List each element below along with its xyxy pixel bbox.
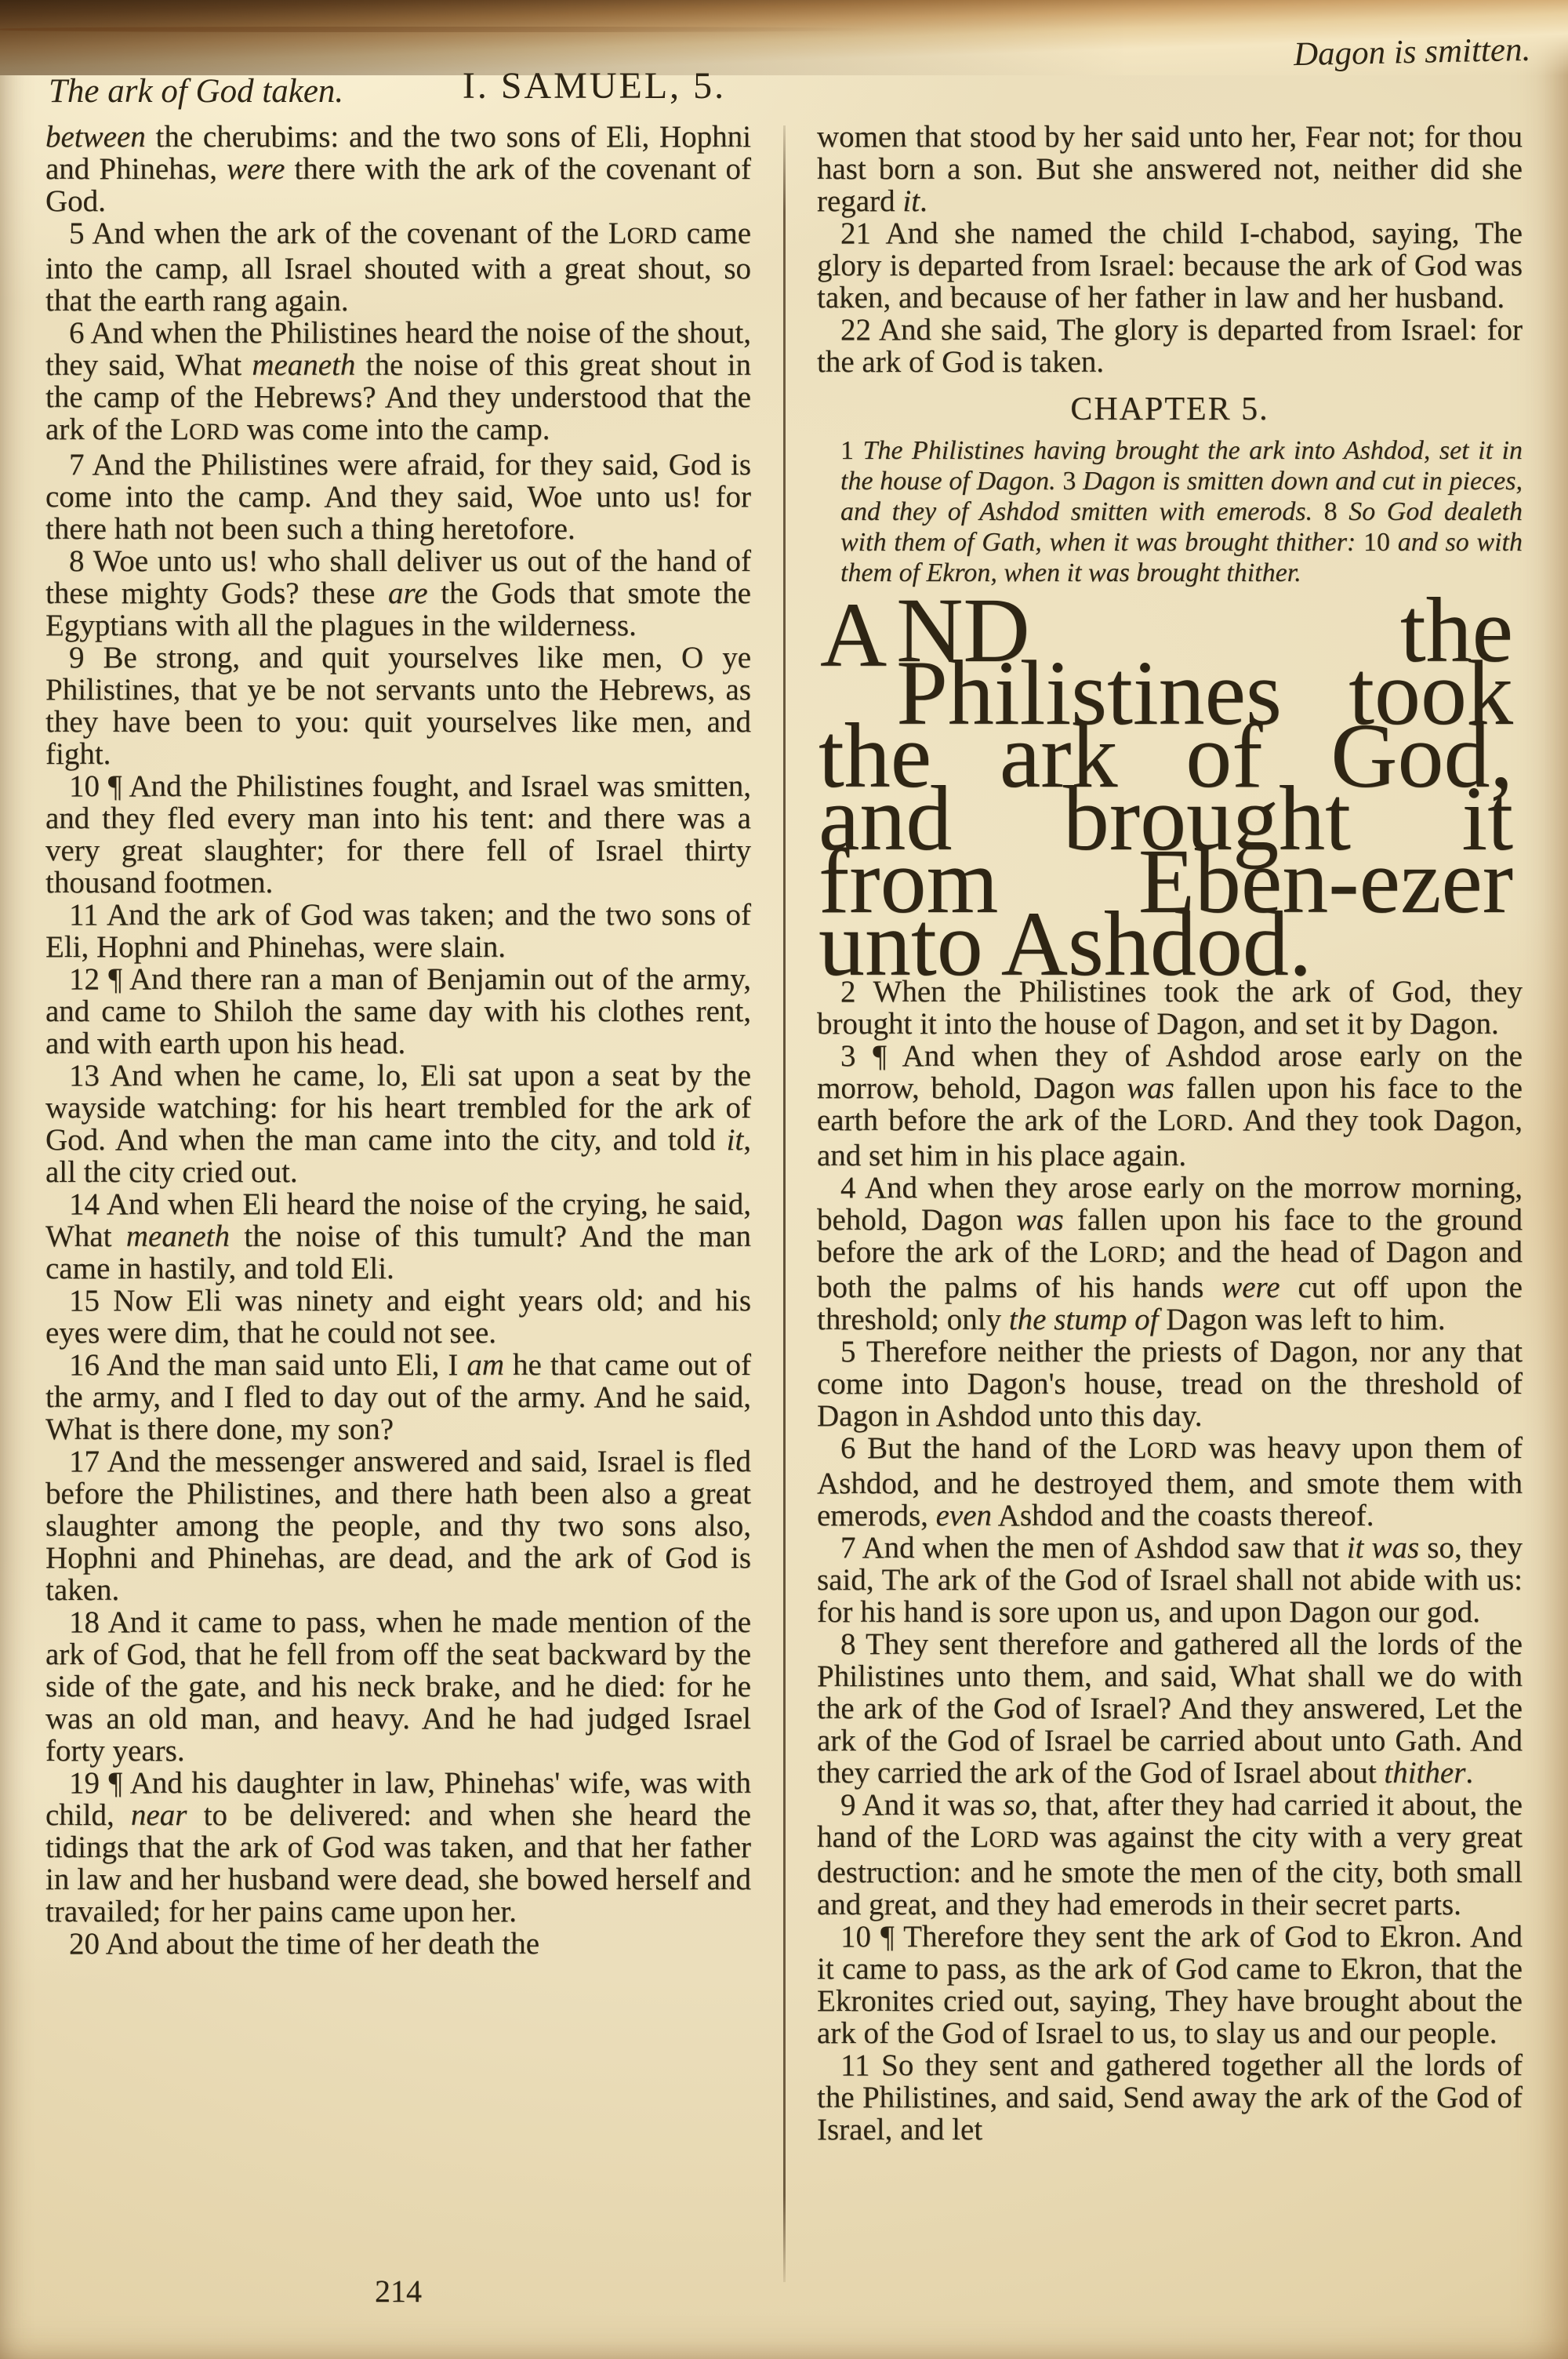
verse-paragraph: 14 And when Eli heard the noise of the c… bbox=[45, 1188, 751, 1285]
verse-paragraph: 15 Now Eli was ninety and eight years ol… bbox=[45, 1285, 751, 1349]
verse-paragraph: 10 ¶ And the Philistines fought, and Isr… bbox=[45, 770, 751, 899]
text-column-left: between the cherubims: and the two sons … bbox=[45, 121, 751, 2282]
running-head-right: Dagon is smitten. bbox=[1293, 31, 1530, 74]
verse-paragraph: 8 Woe unto us! who shall deliver us out … bbox=[45, 545, 751, 642]
verse-paragraph: 6 But the hand of the LORD was heavy upo… bbox=[817, 1432, 1523, 1532]
verse-paragraph: 16 And the man said unto Eli, I am he th… bbox=[45, 1349, 751, 1445]
verse-paragraph: 12 ¶ And there ran a man of Benjamin out… bbox=[45, 963, 751, 1060]
dropcap-paragraph: AND the Philistines took the ark of God,… bbox=[817, 594, 1523, 976]
verse-paragraph: 3 ¶ And when they of Ashdod arose early … bbox=[817, 1040, 1523, 1172]
chapter-heading: CHAPTER 5. bbox=[817, 394, 1523, 426]
verse-paragraph: 18 And it came to pass, when he made men… bbox=[45, 1606, 751, 1767]
drop-cap-letter: A bbox=[818, 599, 896, 667]
verse-paragraph: 22 And she said, The glory is departed f… bbox=[817, 314, 1523, 378]
verse-paragraph: 9 And it was so, that, after they had ca… bbox=[817, 1789, 1523, 1921]
verse-paragraph: 13 And when he came, lo, Eli sat upon a … bbox=[45, 1060, 751, 1188]
verse-paragraph: 19 ¶ And his daughter in law, Phinehas' … bbox=[45, 1767, 751, 1928]
column-divider bbox=[783, 125, 786, 2282]
verse-paragraph: 4 And when they arose early on the morro… bbox=[817, 1172, 1523, 1336]
verse-paragraph: 5 And when the ark of the covenant of th… bbox=[45, 217, 751, 317]
page-number: 214 bbox=[45, 2273, 751, 2310]
verse-paragraph: 17 And the messenger answered and said, … bbox=[45, 1445, 751, 1606]
continuation-paragraph: women that stood by her said unto her, F… bbox=[817, 121, 1523, 217]
chapter-summary: 1 The Philistines having brought the ark… bbox=[817, 435, 1523, 588]
book-page: The ark of God taken. I. SAMUEL, 5. Dago… bbox=[0, 0, 1568, 2359]
continuation-paragraph: between the cherubims: and the two sons … bbox=[45, 121, 751, 217]
verse-paragraph: 11 And the ark of God was taken; and the… bbox=[45, 899, 751, 963]
verse-paragraph: 7 And when the men of Ashdod saw that it… bbox=[817, 1532, 1523, 1628]
verse-paragraph: 6 And when the Philistines heard the noi… bbox=[45, 317, 751, 449]
verse-paragraph: 7 And the Philistines were afraid, for t… bbox=[45, 449, 751, 545]
text-column-right: women that stood by her said unto her, F… bbox=[817, 121, 1523, 2282]
verse-paragraph: 11 So they sent and gathered together al… bbox=[817, 2049, 1523, 2146]
verse-paragraph: 5 Therefore neither the priests of Dagon… bbox=[817, 1336, 1523, 1432]
running-head-center: I. SAMUEL, 5. bbox=[463, 64, 726, 107]
verse-paragraph: 21 And she named the child I-chabod, say… bbox=[817, 217, 1523, 314]
verse-paragraph: 10 ¶ Therefore they sent the ark of God … bbox=[817, 1921, 1523, 2049]
verse-paragraph: 9 Be strong, and quit yourselves like me… bbox=[45, 642, 751, 770]
running-head-left: The ark of God taken. bbox=[49, 72, 343, 111]
verse-paragraph: 20 And about the time of her death the bbox=[45, 1928, 751, 1960]
text-columns: between the cherubims: and the two sons … bbox=[45, 121, 1523, 2282]
verse-paragraph: 8 They sent therefore and gathered all t… bbox=[817, 1628, 1523, 1789]
